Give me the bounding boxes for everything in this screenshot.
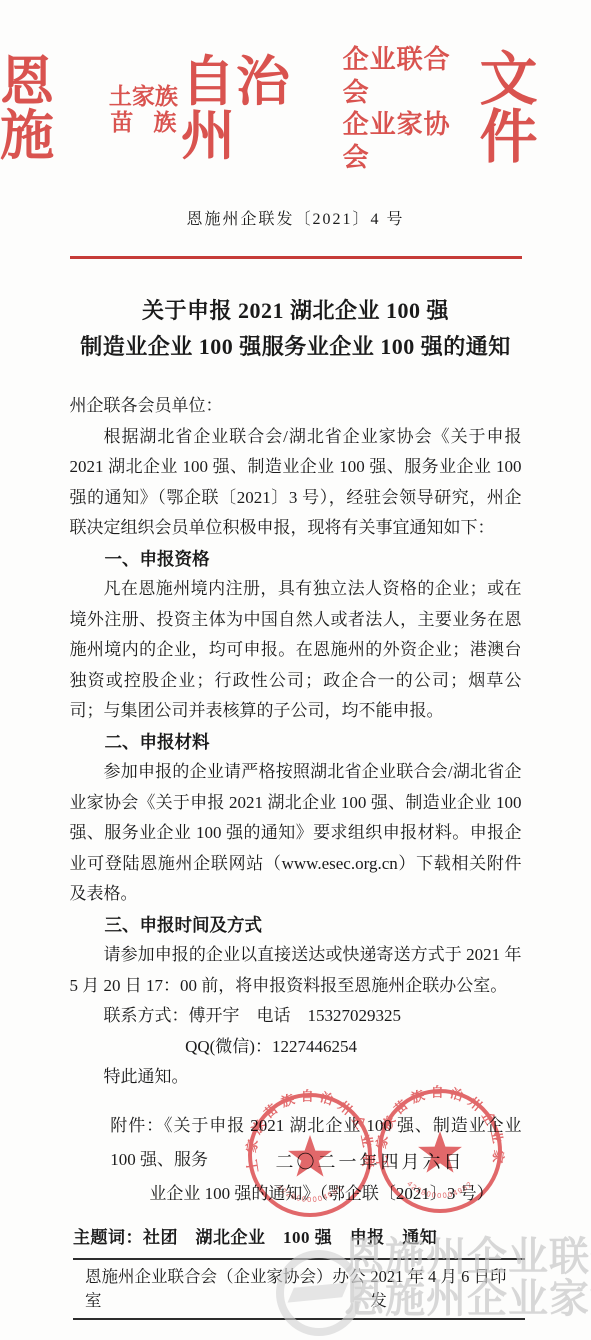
letterhead-ethnic-bottom: 苗族 <box>110 111 176 134</box>
document-number: 恩施州企联发〔2021〕4 号 <box>0 206 591 229</box>
official-seal-left: 恩施土家族苗族自治州企业联合会 4228000004981 <box>243 1088 377 1222</box>
seal-right-graphic: 恩施土家族苗族自治州企业家协会 4228000004982 <box>373 1084 507 1218</box>
letterhead-org-top: 企业联合会 <box>343 44 473 109</box>
letterhead-ethnic-top: 土家族 <box>108 85 179 108</box>
seal-left-number: 4228000004981 <box>275 1183 344 1204</box>
footer-rule-bottom <box>73 1318 525 1320</box>
letterhead-prefix: 恩施 <box>0 55 106 163</box>
document-footer: 主题词：社团 湖北企业 100 强 申报 通知 恩施州企业联合会（企业家协会）办… <box>73 1226 525 1320</box>
section-1-text: 凡在恩施州境内注册，具有独立法人资格的企业；或在境外注册、投资主体为中国自然人或… <box>70 574 522 727</box>
document-page: 恩施 土家族 苗族 自治州 企业联合会 企业家协会 文件 恩施州企联发〔2021… <box>0 0 591 1340</box>
issuer-office: 恩施州企业联合会（企业家协会）办公室 <box>85 1265 370 1313</box>
letterhead-doctype: 文件 <box>479 51 591 167</box>
salutation: 州企联各会员单位： <box>70 391 522 422</box>
intro-paragraph: 根据湖北省企业联合会/湖北省企业家协会《关于申报 2021 湖北企业 100 强… <box>70 422 522 544</box>
official-seal-right: 恩施土家族苗族自治州企业家协会 4228000004982 <box>373 1084 507 1218</box>
section-1-heading: 一、申报资格 <box>70 544 522 575</box>
document-title: 关于申报 2021 湖北企业 100 强 制造业企业 100 强服务业企业 10… <box>0 293 591 365</box>
letterhead-middle: 自治州 <box>181 55 340 163</box>
contact-line-1: 联系方式：傅开宇 电话 15327029325 <box>70 1001 522 1032</box>
seal-left-graphic: 恩施土家族苗族自治州企业联合会 4228000004981 <box>243 1088 377 1222</box>
print-date: 2021 年 4 月 6 日印发 <box>370 1265 517 1313</box>
star-icon <box>288 1135 332 1177</box>
document-title-line1: 关于申报 2021 湖北企业 100 强 <box>0 293 591 329</box>
contact-line-2: QQ(微信)：1227446254 <box>70 1032 522 1063</box>
issuer-row: 恩施州企业联合会（企业家协会）办公室 2021 年 4 月 6 日印发 <box>73 1260 525 1313</box>
letterhead-ethnic-stack: 土家族 苗族 <box>108 85 179 134</box>
svg-text:4228000004981: 4228000004981 <box>275 1183 344 1204</box>
letterhead-org-stack: 企业联合会 企业家协会 <box>343 44 473 174</box>
seal-right-number: 4228000004982 <box>405 1179 474 1200</box>
document-title-line2: 制造业企业 100 强服务业企业 100 强的通知 <box>0 329 591 365</box>
section-3-heading: 三、申报时间及方式 <box>70 910 522 941</box>
svg-text:4228000004982: 4228000004982 <box>405 1179 474 1200</box>
section-3-text: 请参加申报的企业以直接送达或快递寄送方式于 2021 年 5 月 20 日 17… <box>70 940 522 1001</box>
section-2-text: 参加申报的企业请严格按照湖北省企业联合会/湖北省企业家协会《关于申报 2021 … <box>70 757 522 910</box>
red-divider-rule <box>70 256 522 259</box>
keywords-line: 主题词：社团 湖北企业 100 强 申报 通知 <box>73 1226 525 1250</box>
document-letterhead: 恩施 土家族 苗族 自治州 企业联合会 企业家协会 文件 <box>0 0 591 174</box>
star-icon <box>418 1131 462 1173</box>
letterhead-org-bottom: 企业家协会 <box>343 109 473 174</box>
section-2-heading: 二、申报材料 <box>70 727 522 758</box>
